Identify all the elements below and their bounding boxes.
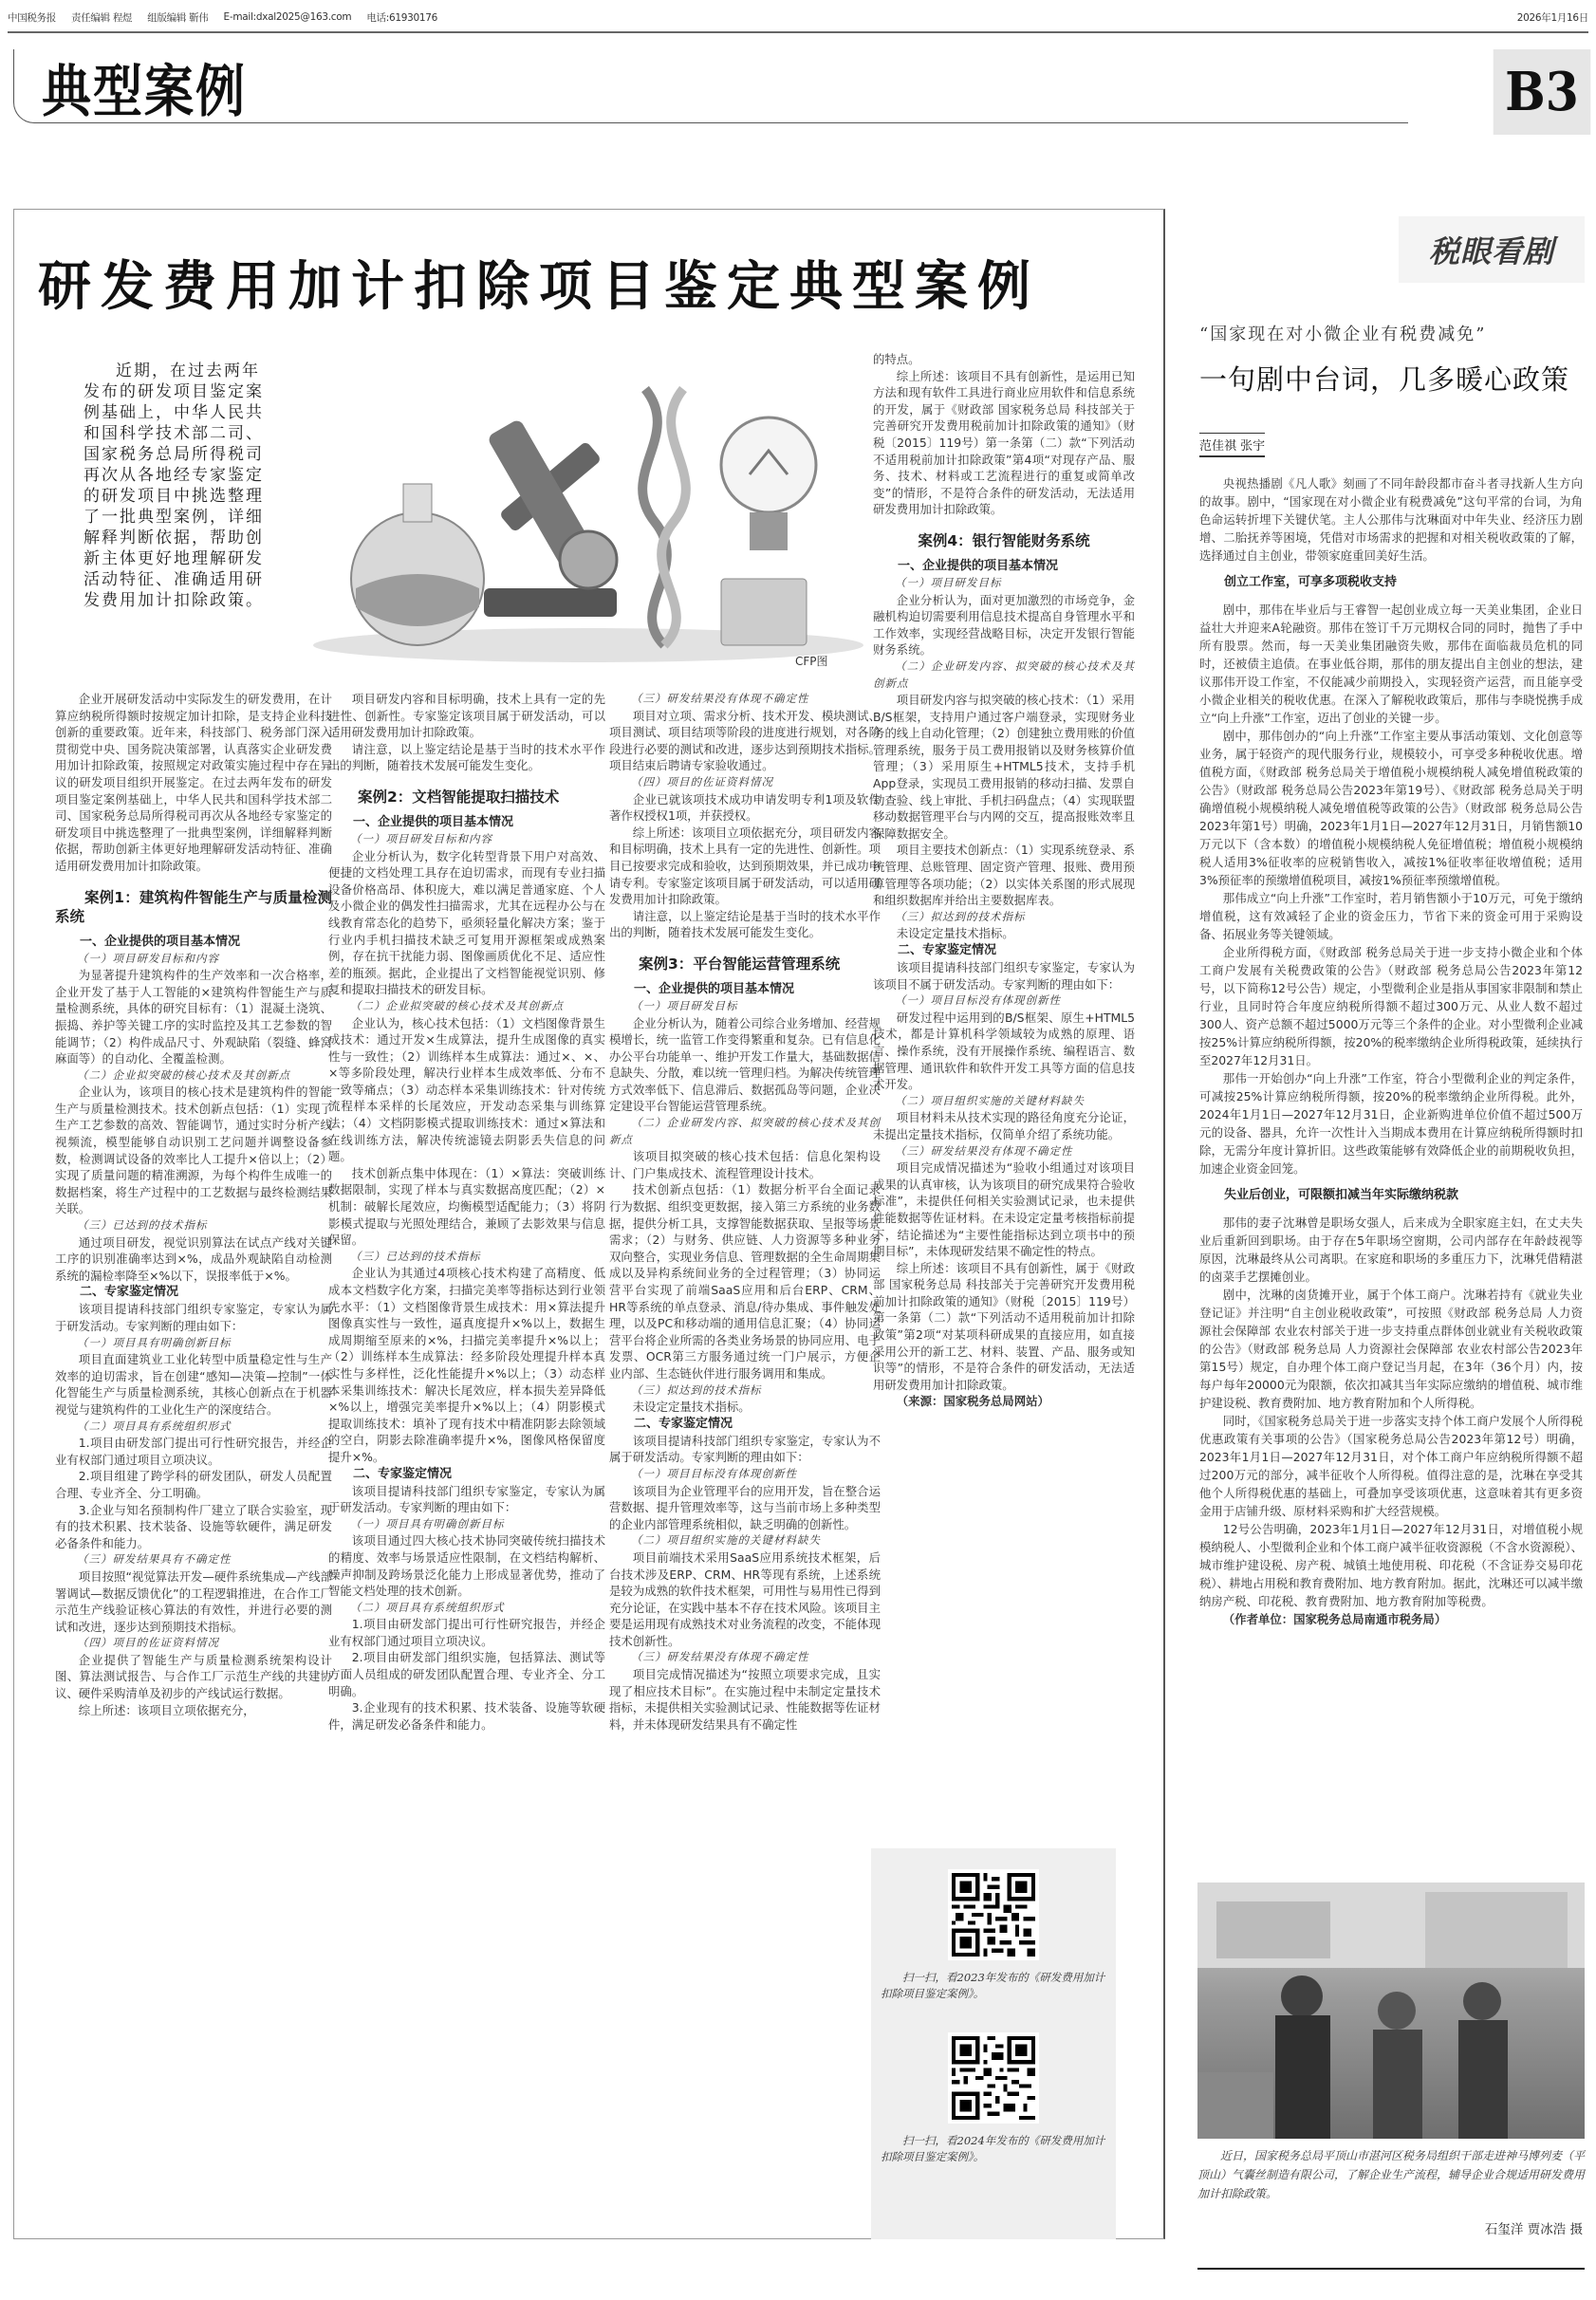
- paragraph: 技术创新点集中体现在：（1）×算法：突破训练数据限制，实现了样本与真实数据高度匹…: [328, 1165, 605, 1249]
- paragraph: 2.项目组建了跨学科的研发团队，研发人员配置合理、专业齐全、分工明确。: [55, 1468, 332, 1501]
- case4-subsection-1b: （二）企业研发内容、拟突破的核心技术及其创新点: [873, 658, 1135, 692]
- paragraph: 那伟一开始创办“向上升涨”工作室，符合小型微利企业的判定条件，可减按25%计算应…: [1199, 1069, 1583, 1178]
- paragraph: 研发过程中运用到的B/S框架、原生+HTML5技术，都是计算机科学领域较为成熟的…: [873, 1010, 1135, 1093]
- paragraph: 项目直面建筑业工业化转型中质量稳定性与生产效率的迫切需求，旨在创建“感知—决策—…: [55, 1351, 332, 1418]
- case4-section-2: 二、专家鉴定情况: [873, 942, 1135, 959]
- paragraph: 未设定定量技术指标。: [873, 925, 1135, 942]
- paragraph: 那伟成立“向上升涨”工作室时，若月销售额小于10万元，可免于缴纳增值税，这有效减…: [1199, 889, 1583, 943]
- case1-section-2: 二、专家鉴定情况: [55, 1284, 332, 1301]
- paragraph: 请注意，以上鉴定结论是基于当时的技术水平作出的判断，随着技术发展可能发生变化。: [609, 908, 881, 941]
- paragraph: 1.项目由研发部门提出可行性研究报告，并经企业有权部门通过项目立项决议。: [328, 1616, 605, 1649]
- article-lead: 近期，在过去两年发布的研发项目鉴定案例基础上，中华人民共和国科学技术部二司、国家…: [84, 361, 269, 611]
- case3-section-1: 一、企业提供的项目基本情况: [609, 981, 881, 998]
- sidebar-authors: 范佳祺 张宇: [1199, 433, 1265, 457]
- case2-title: 案例2：文档智能提取扫描技术: [328, 788, 605, 807]
- masthead-divider: [8, 31, 1588, 33]
- paragraph: 央视热播剧《凡人歌》刻画了不同年龄段都市奋斗者寻找新人生方向的故事。剧中，“国家…: [1199, 474, 1583, 565]
- paragraph: 为显著提升建筑构件的生产效率和一次合格率，企业开发了基于人工智能的×建筑构件智能…: [55, 967, 332, 1067]
- paragraph: 剧中，沈琳的卤货摊开业，属于个体工商户。沈琳若持有《就业失业登记证》并注明“自主…: [1199, 1286, 1583, 1412]
- sidebar-article: 央视热播剧《凡人歌》刻画了不同年龄段都市奋斗者寻找新人生方向的故事。剧中，“国家…: [1199, 474, 1583, 1628]
- case2-subsection-2b: （二）项目具有系统组织形式: [328, 1600, 605, 1617]
- paragraph: 企业认为，核心技术包括：（1）文档图像背景生成技术：通过开发×生成算法，提升生成…: [328, 1015, 605, 1165]
- case1-subsection-1a: （一）项目研发目标和内容: [55, 951, 332, 968]
- case4-subsection-2a: （一）项目目标没有体现创新性: [873, 992, 1135, 1010]
- column-1: 企业开展研发活动中实际发生的研发费用，在计算应纳税所得额时按规定加计扣除，是支持…: [55, 691, 332, 1718]
- photo-caption: 近日，国家税务总局平顶山市湛河区税务局组织干部走进神马博列麦（平顶山）气囊丝制造…: [1197, 2146, 1585, 2203]
- paragraph: 企业分析认为，面对更加激烈的市场竞争，金融机构迫切需要利用信息技术提高自身管理水…: [873, 592, 1135, 658]
- intro-paragraph: 企业开展研发活动中实际发生的研发费用，在计算应纳税所得额时按规定加计扣除，是支持…: [55, 691, 332, 875]
- qr-code-2024[interactable]: [948, 2032, 1039, 2124]
- news-photo: [1197, 1883, 1585, 2139]
- paragraph: 该项目提请科技部门组织专家鉴定，专家认为该项目不属于研发活动。专家判断的理由如下…: [873, 959, 1135, 992]
- paragraph: 项目前端技术采用SaaS应用系统技术框架，后台技术涉及ERP、CRM、HR等现有…: [609, 1549, 881, 1650]
- paragraph: 1.项目由研发部门提出可行性研究报告，并经企业有权部门通过项目立项决议。: [55, 1435, 332, 1468]
- paragraph: 综上所述：该项目不具有创新性，是运用已知方法和现有软件工具进行商业应用软件和信息…: [873, 368, 1135, 518]
- paragraph: 项目完成情况描述为“验收小组通过对该项目成果的认真审核，认为该项目的研究成果符合…: [873, 1159, 1135, 1260]
- paragraph: 项目对立项、需求分析、技术开发、模块测试、项目测试、项目结项等阶段的进度进行规划…: [609, 708, 881, 774]
- case3-subsection-2b: （二）项目组织实施的关键材料缺失: [609, 1532, 881, 1549]
- case1-subsection-2c: （三）研发结果具有不确定性: [55, 1551, 332, 1568]
- case4-subsection-2b: （二）项目组织实施的关键材料缺失: [873, 1093, 1135, 1110]
- column-2: 项目研发内容和目标明确，技术上具有一定的先进性、创新性。专家鉴定该项目属于研发活…: [328, 691, 605, 1733]
- email[interactable]: E-mail:dxal2025@163.com: [224, 11, 352, 23]
- paper-name: 中国税务报: [8, 10, 56, 25]
- phone: 电话:61930176: [366, 10, 437, 25]
- qr-code-icon: [952, 1873, 1035, 1957]
- case2-subsection-2a: （一）项目具有明确创新目标: [328, 1516, 605, 1533]
- paragraph: 该项目通过四大核心技术协同突破传统扫描技术的精度、效率与场景适应性限制，在文档结…: [328, 1532, 605, 1599]
- paragraph: 请注意，以上鉴定结论是基于当时的技术水平作出的判断，随着技术发展可能发生变化。: [328, 741, 605, 774]
- case4-subsection-1a: （一）项目研发目标: [873, 575, 1135, 592]
- image-credit: CFP图: [795, 653, 828, 669]
- chief-editor: 责任编辑 程煜: [71, 10, 132, 25]
- issue-date: 2026年1月16日: [1517, 10, 1588, 25]
- page-number: B3: [1494, 49, 1591, 135]
- paragraph: 那伟的妻子沈琳曾是职场女强人，后来成为全职家庭主妇，在丈夫失业后重新回到职场。由…: [1199, 1214, 1583, 1286]
- paragraph: 该项目为企业管理平台的应用开发，旨在整合运营数据、提升管理效率等，这与当前市场上…: [609, 1483, 881, 1533]
- case4-section-1: 一、企业提供的项目基本情况: [873, 558, 1135, 575]
- sidebar-subheading-2: 失业后创业，可限额扣减当年实际缴纳税款: [1199, 1187, 1583, 1204]
- case2-subsection-2c: （三）研发结果没有体现不确定性: [609, 691, 881, 708]
- paragraph: 3.企业现有的技术积累、技术装备、设施等软硬件，满足研发必备条件和能力。: [328, 1699, 605, 1733]
- paragraph: 12号公告明确，2023年1月1日—2027年12月31日，对增值税小规模纳税人…: [1199, 1520, 1583, 1610]
- case2-subsection-1c: （三）已达到的技术指标: [328, 1249, 605, 1266]
- paragraph: 的特点。: [873, 351, 1135, 368]
- qr-caption-2023: 扫一扫，看2023年发布的《研发费用加计扣除项目鉴定案例》。: [881, 1970, 1108, 2002]
- qr-code-2023[interactable]: [948, 1869, 1039, 1960]
- paragraph: 企业分析认为，随着公司综合业务增加、经营规模增长，统一监管工作变得繁重和复杂。已…: [609, 1015, 881, 1116]
- paragraph: 未设定定量技术指标。: [609, 1399, 881, 1416]
- author-unit: （作者单位：国家税务总局南通市税务局）: [1199, 1610, 1583, 1628]
- qr-code-icon: [952, 2036, 1035, 2120]
- article-source: （来源：国家税务总局网站）: [873, 1393, 1135, 1410]
- paragraph: 项目材料未从技术实现的路径角度充分论证，未提出定量技术指标，仅简单介绍了系统功能…: [873, 1109, 1135, 1142]
- paragraph: 企业已就该项技术成功申请发明专利1项及软件著作权授权1项，并获授权。: [609, 791, 881, 825]
- case1-title: 案例1：建筑构件智能生产与质量检测系统: [55, 888, 332, 926]
- paragraph: 该项目拟突破的核心技术包括：信息化架构设计、门户集成技术、流程管理设计技术。: [609, 1148, 881, 1181]
- case2-subsection-1b: （二）企业拟突破的核心技术及其创新点: [328, 998, 605, 1015]
- qr-code-panel: 扫一扫，看2023年发布的《研发费用加计扣除项目鉴定案例》。 扫一扫，看2024…: [871, 1848, 1116, 2239]
- qr-caption-2024: 扫一扫，看2024年发布的《研发费用加计扣除项目鉴定案例》。: [881, 2133, 1108, 2165]
- case1-section-1: 一、企业提供的项目基本情况: [55, 934, 332, 951]
- paragraph: 该项目提请科技部门组织专家鉴定，专家认为属于研发活动。专家判断的理由如下：: [55, 1301, 332, 1334]
- paragraph: 剧中，那伟创办的“向上升涨”工作室主要从事活动策划、文化创意等业务，属于轻资产的…: [1199, 727, 1583, 889]
- science-illustration-icon: [304, 361, 863, 664]
- case1-subsection-2d: （四）项目的佐证资料情况: [55, 1635, 332, 1652]
- column-3: （三）研发结果没有体现不确定性 项目对立项、需求分析、技术开发、模块测试、项目测…: [609, 691, 881, 1733]
- column-logo: 税眼看剧: [1399, 216, 1585, 283]
- paragraph: 该项目提请科技部门组织专家鉴定，专家认为属于研发活动。专家判断的理由如下：: [328, 1483, 605, 1516]
- paragraph: 项目研发内容与拟突破的核心技术：（1）采用B/S框架，支持用户通过客户端登录，实…: [873, 692, 1135, 842]
- paragraph: 项目完成情况描述为“按照立项要求完成，且实现了相应技术目标”。在实施过程中未制定…: [609, 1666, 881, 1733]
- paragraph: 该项目提请科技部门组织专家鉴定，专家认为不属于研发活动。专家判断的理由如下：: [609, 1433, 881, 1466]
- case3-subsection-1a: （一）项目研发目标: [609, 998, 881, 1015]
- bottom-divider: [1197, 2268, 1585, 2270]
- case3-subsection-2c: （三）研发结果没有体现不确定性: [609, 1649, 881, 1666]
- paragraph: 综上所述：该项目立项依据充分，: [55, 1702, 332, 1719]
- paragraph: 企业认为其通过4项核心技术构建了高精度、低成本文档数字化方案，扫描完美率等指标达…: [328, 1265, 605, 1465]
- paragraph: 3.企业与知名预制构件厂建立了联合实验室，现有的技术积累、技术装备、设施等软硬件…: [55, 1502, 332, 1552]
- case3-subsection-1c: （三）拟达到的技术指标: [609, 1382, 881, 1400]
- sidebar-quote: “国家现在对小微企业有税费减免”: [1199, 321, 1486, 345]
- case4-subsection-2c: （三）研发结果没有体现不确定性: [873, 1143, 1135, 1160]
- case1-subsection-1b: （二）企业拟突破的核心技术及其创新点: [55, 1067, 332, 1085]
- hero-illustration: [304, 361, 863, 664]
- case3-subsection-1b: （二）企业研发内容、拟突破的核心技术及其创新点: [609, 1115, 881, 1148]
- section-title: 典型案例: [42, 46, 247, 127]
- paragraph: 企业提供了智能生产与质量检测系统架构设计图、算法测试报告、与合作工厂示范生产线的…: [55, 1652, 332, 1702]
- photo-credit: 石玺洋 贾冰浩 摄: [1485, 2218, 1583, 2237]
- paragraph: 通过项目研发，视觉识别算法在试点产线对关键工序的识别准确率达到×%，成品外观缺陷…: [55, 1234, 332, 1285]
- case2-subsection-2d: （四）项目的佐证资料情况: [609, 774, 881, 791]
- paragraph: 项目主要技术创新点：（1）实现系统登录、系统管理、总账管理、固定资产管理、报账、…: [873, 842, 1135, 908]
- sidebar-subheading-1: 创立工作室，可享多项税收支持: [1199, 574, 1583, 591]
- case2-subsection-1a: （一）项目研发目标和内容: [328, 831, 605, 848]
- paragraph: 项目研发内容和目标明确，技术上具有一定的先进性、创新性。专家鉴定该项目属于研发活…: [328, 691, 605, 741]
- case3-subsection-2a: （一）项目目标没有体现创新性: [609, 1466, 881, 1483]
- factory-photo-icon: [1197, 1883, 1585, 2139]
- case1-subsection-2b: （二）项目具有系统组织形式: [55, 1419, 332, 1436]
- paragraph: 企业认为，该项目的核心技术是建筑构件的智能生产与质量检测技术。技术创新点包括：（…: [55, 1084, 332, 1217]
- article-headline: 研发费用加计扣除项目鉴定典型案例: [38, 245, 1120, 321]
- paragraph: 综上所述：该项目不具有创新性，属于《财政部 国家税务总局 科技部关于完善研究开发…: [873, 1260, 1135, 1394]
- paragraph: 企业所得税方面，《财政部 税务总局关于进一步支持小微企业和个体工商户发展有关税费…: [1199, 943, 1583, 1069]
- case3-section-2: 二、专家鉴定情况: [609, 1416, 881, 1433]
- case2-section-1: 一、企业提供的项目基本情况: [328, 814, 605, 831]
- case1-subsection-2a: （一）项目具有明确创新目标: [55, 1335, 332, 1352]
- case4-title: 案例4：银行智能财务系统: [873, 531, 1135, 550]
- paragraph: 项目按照“视觉算法开发—硬件系统集成—产线部署调试—数据反馈优化”的工程逻辑推进…: [55, 1568, 332, 1635]
- case3-title: 案例3：平台智能运营管理系统: [609, 955, 881, 974]
- column-4: 的特点。 综上所述：该项目不具有创新性，是运用已知方法和现有软件工具进行商业应用…: [873, 351, 1135, 1410]
- masthead: 中国税务报 责任编辑 程煜 组版编辑 靳伟 E-mail:dxal2025@16…: [8, 8, 1588, 27]
- paragraph: 企业分析认为，数字化转型背景下用户对高效、便捷的文档处理工具存在迫切需求，而现有…: [328, 848, 605, 998]
- case2-section-2: 二、专家鉴定情况: [328, 1466, 605, 1483]
- case1-subsection-1c: （三）已达到的技术指标: [55, 1217, 332, 1234]
- case4-subsection-1c: （三）拟达到的技术指标: [873, 909, 1135, 926]
- layout-editor: 组版编辑 靳伟: [147, 10, 208, 25]
- paragraph: 同时，《国家税务总局关于进一步落实支持个体工商户发展个人所得税优惠政策有关事项的…: [1199, 1412, 1583, 1520]
- paragraph: 技术创新点包括：（1）数据分析平台全面记录行为数据、组织变更数据，接入第三方系统…: [609, 1181, 881, 1382]
- paragraph: 综上所述：该项目立项依据充分，项目研发内容和目标明确，技术上具有一定的先进性、创…: [609, 825, 881, 908]
- paragraph: 2.项目由研发部门组织实施，包括算法、测试等方面人员组成的研发团队配置合理、专业…: [328, 1649, 605, 1699]
- sidebar-title: 一句剧中台词，几多暖心政策: [1199, 359, 1569, 398]
- paragraph: 剧中，那伟在毕业后与王睿智一起创业成立每一天美业集团，企业日益壮大并迎来A轮融资…: [1199, 601, 1583, 727]
